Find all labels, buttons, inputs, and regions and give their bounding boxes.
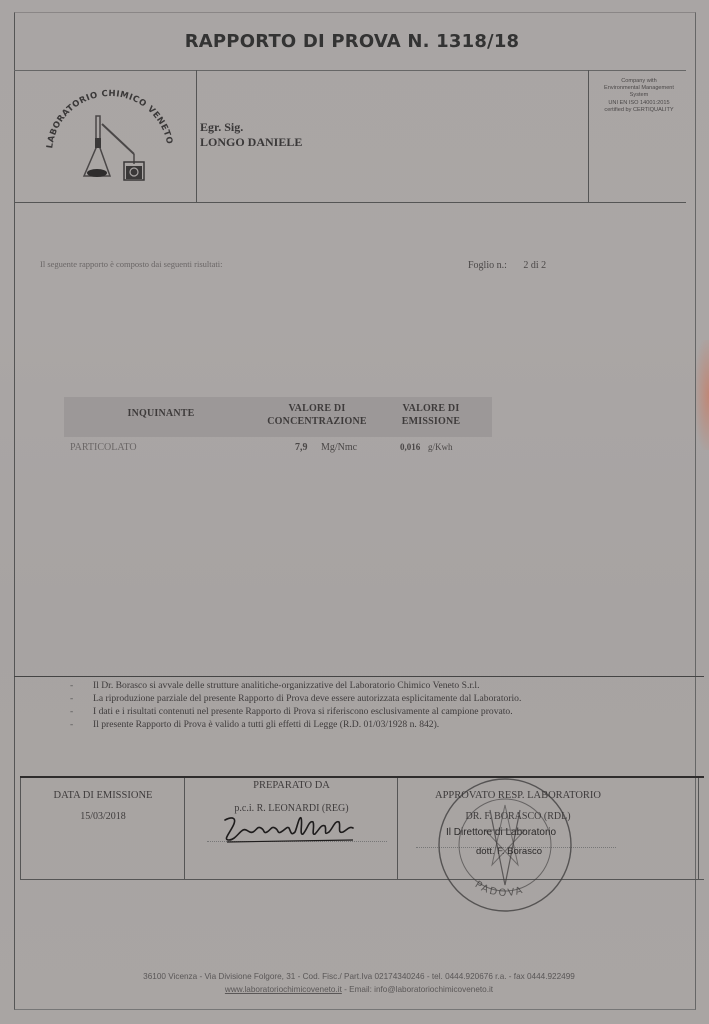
- sheet-number: Foglio n.: 2 di 2: [468, 260, 546, 271]
- footer-address: 36100 Vicenza - Via Divisione Folgore, 3…: [14, 970, 704, 983]
- footer-contacts: www.laboratoriochimicoveneto.it - Email:…: [14, 983, 704, 996]
- header-emission: VALORE DI EMISSIONE: [396, 402, 466, 428]
- footer-website-link[interactable]: www.laboratoriochimicoveneto.it: [225, 985, 342, 994]
- sheet-value: 2 di 2: [523, 260, 546, 271]
- cert-line: Company with: [594, 78, 684, 85]
- issue-date-cell: DATA DI EMISSIONE 15/03/2018: [20, 778, 185, 879]
- logo-cell: LABORATORIO CHIMICO VENETO: [14, 70, 197, 202]
- results-table-header: INQUINANTE VALORE DI CONCENTRAZIONE VALO…: [64, 397, 492, 437]
- issue-date-value: 15/03/2018: [21, 811, 185, 822]
- header-concentration: VALORE DI CONCENTRAZIONE: [262, 402, 372, 428]
- note-item: I dati e i risultati contenuti nel prese…: [60, 705, 704, 718]
- issue-date-label: DATA DI EMISSIONE: [21, 790, 185, 801]
- background-edge: [695, 340, 709, 450]
- cell-emission-value: 0,016: [400, 442, 420, 452]
- cert-line: UNI EN ISO 14001:2015: [594, 100, 684, 107]
- prepared-by-cell: PREPARATO DA p.c.i. R. LEONARDI (REG): [184, 778, 398, 879]
- header-pollutant: INQUINANTE: [116, 407, 206, 420]
- cert-line: Environmental Management: [594, 85, 684, 92]
- header-row: LABORATORIO CHIMICO VENETO Egr. Sig. LON…: [14, 70, 686, 203]
- recipient-salutation: Egr. Sig.: [200, 120, 302, 135]
- prepared-by-label: PREPARATO DA: [185, 780, 398, 791]
- header-concentration-line2: CONCENTRAZIONE: [262, 415, 372, 428]
- sheet-label: Foglio n.:: [468, 260, 507, 271]
- cell-emission-unit: g/Kwh: [428, 442, 453, 452]
- header-concentration-line1: VALORE DI: [262, 402, 372, 415]
- cell-pollutant: PARTICOLATO: [70, 442, 137, 453]
- report-title: RAPPORTO DI PROVA N. 1318/18: [181, 31, 520, 52]
- notes-list: Il Dr. Borasco si avvale delle strutture…: [14, 677, 704, 731]
- cert-line: certified by CERTIQUALITY: [594, 107, 684, 114]
- cell-concentration-value: 7,9: [295, 442, 308, 453]
- svg-text:PADOVA: PADOVA: [473, 879, 526, 899]
- cert-line: System: [594, 92, 684, 99]
- certification-text: Company with Environmental Management Sy…: [594, 78, 684, 114]
- signature-row: DATA DI EMISSIONE 15/03/2018 PREPARATO D…: [20, 776, 704, 880]
- handwritten-signature-icon: [219, 812, 369, 848]
- certification-cell: Company with Environmental Management Sy…: [588, 70, 686, 202]
- note-item: Il presente Rapporto di Prova è valido a…: [60, 718, 704, 731]
- recipient-block: Egr. Sig. LONGO DANIELE: [200, 120, 302, 150]
- svg-text:LABORATORIO CHIMICO VENETO: LABORATORIO CHIMICO VENETO: [45, 89, 174, 149]
- note-item: Il Dr. Borasco si avvale delle strutture…: [60, 679, 704, 692]
- intro-text: Il seguente rapporto è composto dai segu…: [40, 259, 222, 269]
- header-emission-line1: VALORE DI: [396, 402, 466, 415]
- official-seal-icon: PADOVA: [430, 770, 580, 920]
- lab-flask-logo-icon: LABORATORIO CHIMICO VENETO: [34, 76, 184, 196]
- header-emission-line2: EMISSIONE: [396, 415, 466, 428]
- footer: 36100 Vicenza - Via Divisione Folgore, 3…: [14, 970, 704, 996]
- results-table: INQUINANTE VALORE DI CONCENTRAZIONE VALO…: [64, 397, 492, 459]
- document-page: RAPPORTO DI PROVA N. 1318/18 LABORATORIO…: [0, 0, 709, 1024]
- footer-email[interactable]: Email: info@laboratoriochimicoveneto.it: [349, 985, 493, 994]
- cell-concentration-unit: Mg/Nmc: [321, 442, 357, 453]
- table-row: PARTICOLATO 7,9 Mg/Nmc 0,016 g/Kwh: [64, 437, 492, 459]
- notes-section: Il Dr. Borasco si avvale delle strutture…: [14, 676, 704, 731]
- recipient-name: LONGO DANIELE: [200, 135, 302, 150]
- note-item: La riproduzione parziale del presente Ra…: [60, 692, 704, 705]
- title-row: RAPPORTO DI PROVA N. 1318/18: [14, 12, 686, 71]
